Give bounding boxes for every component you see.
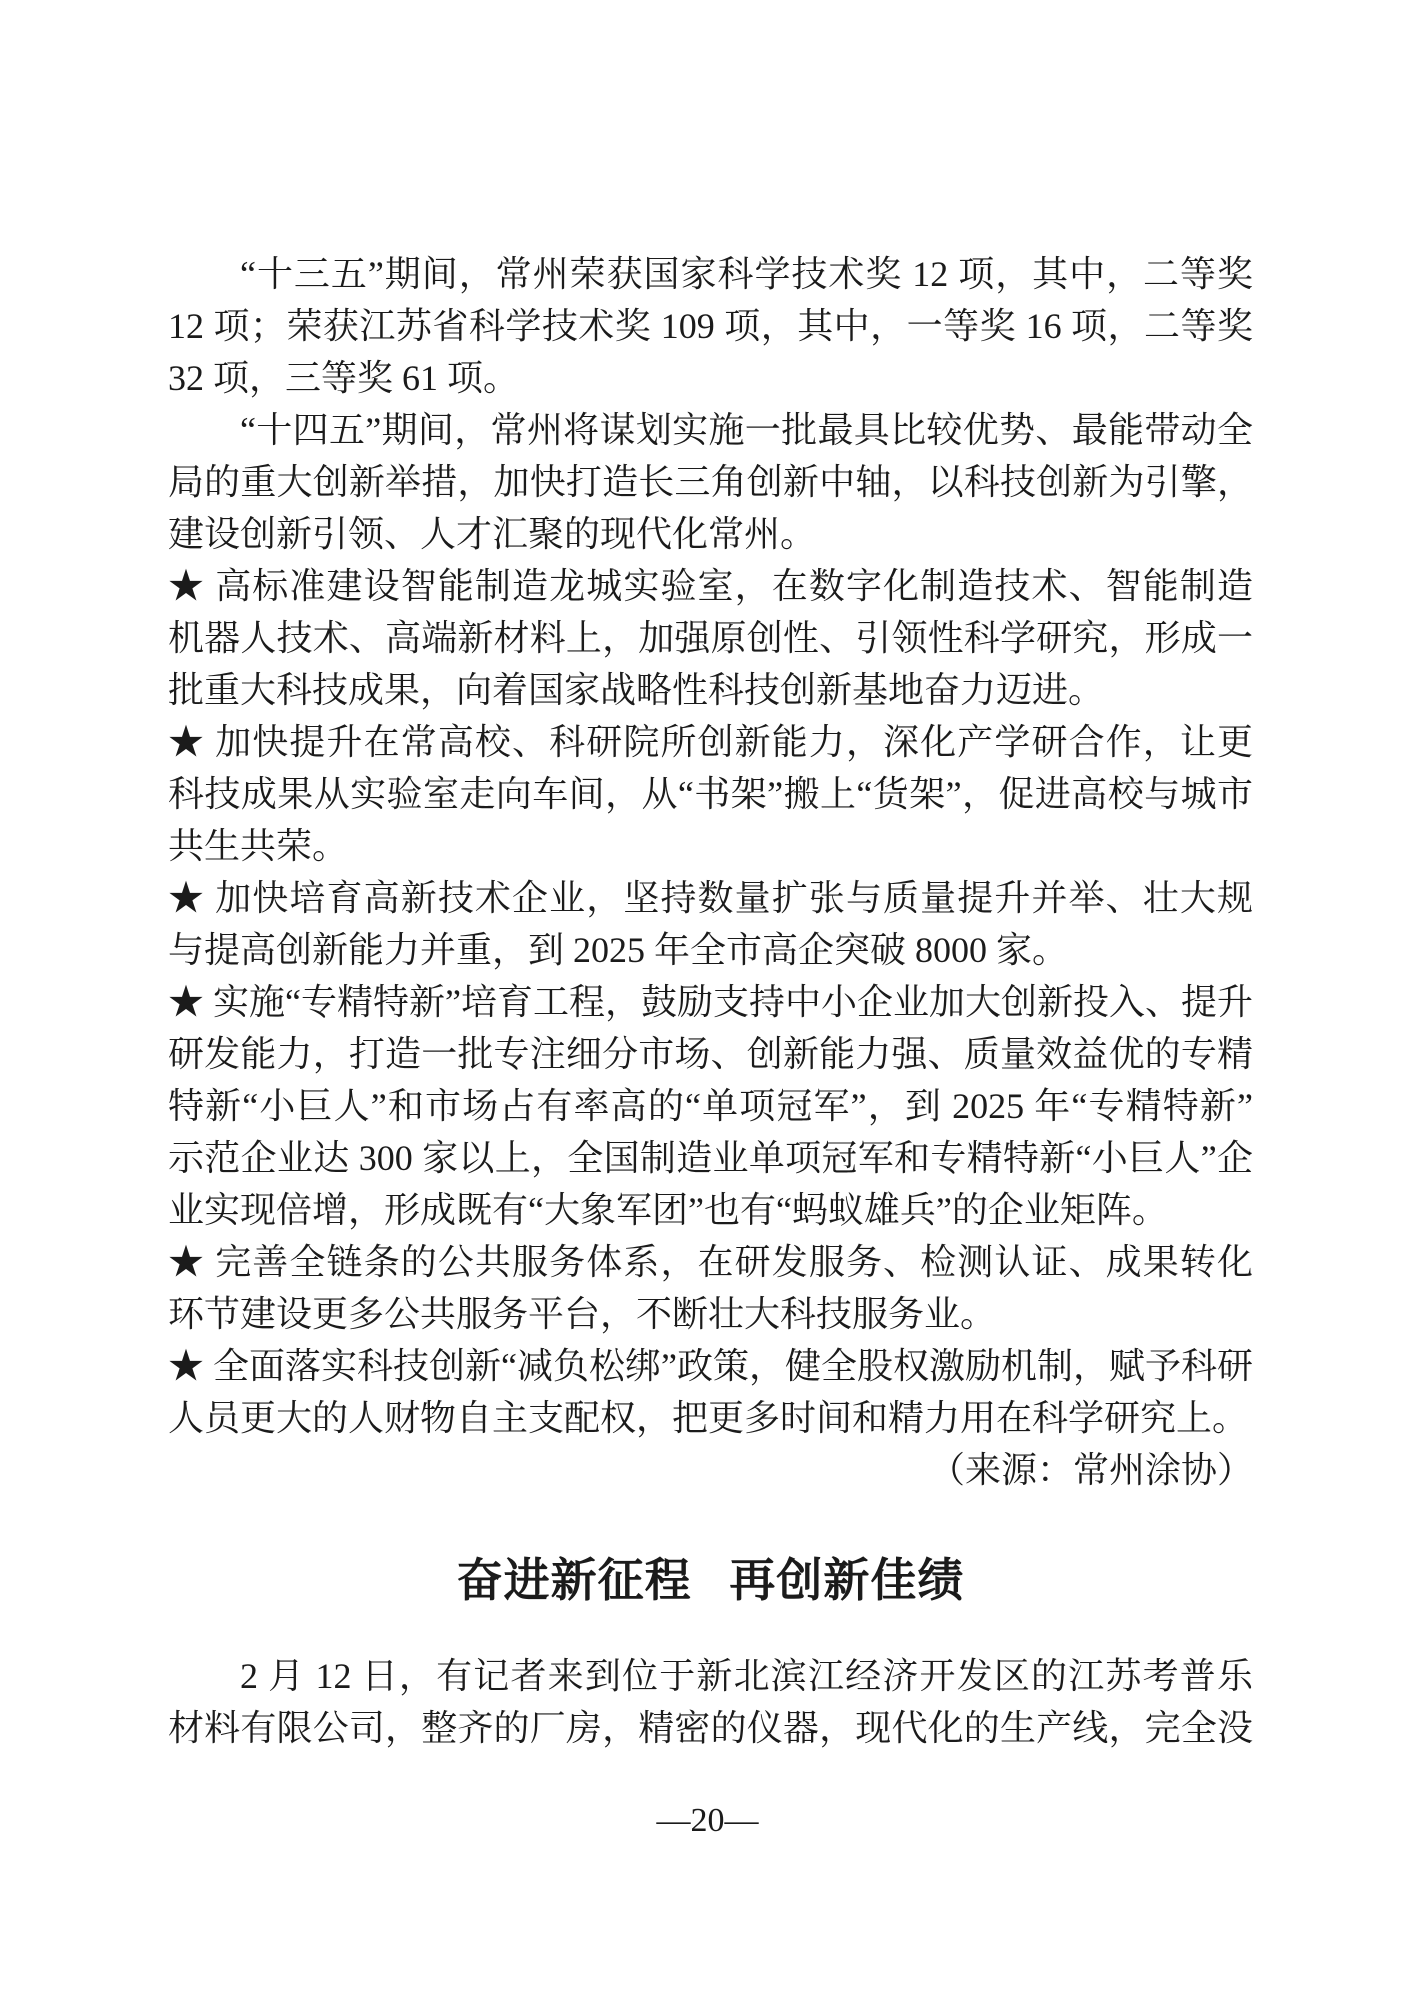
bullet-line: ★ 加快培育高新技术企业，坚持数量扩张与质量提升并举、壮大规模 [168, 872, 1253, 924]
text-line: 12 项；荣获江苏省科学技术奖 109 项，其中，一等奖 16 项，二等奖 [168, 300, 1253, 352]
text-line: 局的重大创新举措，加快打造长三角创新中轴，以科技创新为引擎， [168, 456, 1253, 508]
text-line: 研发能力，打造一批专注细分市场、创新能力强、质量效益优的专精 [168, 1028, 1253, 1080]
bullet-line: ★ 实施“专精特新”培育工程，鼓励支持中小企业加大创新投入、提升 [168, 976, 1253, 1028]
text-line: 批重大科技成果，向着国家战略性科技创新基地奋力迈进。 [168, 664, 1253, 716]
bullet-line: ★ 完善全链条的公共服务体系，在研发服务、检测认证、成果转化等 [168, 1236, 1253, 1288]
bullet-line: ★ 加快提升在常高校、科研院所创新能力，深化产学研合作，让更多 [168, 716, 1253, 768]
bullet-line: ★ 高标准建设智能制造龙城实验室，在数字化制造技术、智能制造与 [168, 560, 1253, 612]
text-line: 机器人技术、高端新材料上，加强原创性、引领性科学研究，形成一 [168, 612, 1253, 664]
page-number: —20— [0, 1795, 1415, 1847]
article-title: 奋进新征程 再创新佳绩 [168, 1552, 1253, 1610]
text-line: 业实现倍增，形成既有“大象军团”也有“蚂蚁雄兵”的企业矩阵。 [168, 1184, 1253, 1236]
article-1: “十三五”期间，常州荣获国家科学技术奖 12 项，其中，二等奖 12 项；荣获江… [168, 248, 1253, 1496]
text-line: 建设创新引领、人才汇聚的现代化常州。 [168, 508, 1253, 560]
text-line: 共生共荣。 [168, 820, 1253, 872]
text-line: 示范企业达 300 家以上，全国制造业单项冠军和专精特新“小巨人”企 [168, 1132, 1253, 1184]
document-page: “十三五”期间，常州荣获国家科学技术奖 12 项，其中，二等奖 12 项；荣获江… [0, 0, 1415, 2000]
text-line: 人员更大的人财物自主支配权，把更多时间和精力用在科学研究上。 [168, 1392, 1253, 1444]
text-line: 环节建设更多公共服务平台，不断壮大科技服务业。 [168, 1288, 1253, 1340]
text-line: “十三五”期间，常州荣获国家科学技术奖 12 项，其中，二等奖 [168, 248, 1253, 300]
text-line: 与提高创新能力并重，到 2025 年全市高企突破 8000 家。 [168, 924, 1253, 976]
text-line: 特新“小巨人”和市场占有率高的“单项冠军”，到 2025 年“专精特新” [168, 1080, 1253, 1132]
text-line: 材料有限公司，整齐的厂房，精密的仪器，现代化的生产线，完全没 [168, 1702, 1253, 1754]
article-2: 奋进新征程 再创新佳绩 2 月 12 日，有记者来到位于新北滨江经济开发区的江苏… [168, 1552, 1253, 1754]
text-line: 科技成果从实验室走向车间，从“书架”搬上“货架”，促进高校与城市 [168, 768, 1253, 820]
text-line: 2 月 12 日，有记者来到位于新北滨江经济开发区的江苏考普乐新 [168, 1650, 1253, 1702]
text-line: 32 项，三等奖 61 项。 [168, 352, 1253, 404]
text-line: “十四五”期间，常州将谋划实施一批最具比较优势、最能带动全 [168, 404, 1253, 456]
bullet-line: ★ 全面落实科技创新“减负松绑”政策，健全股权激励机制，赋予科研 [168, 1340, 1253, 1392]
page-content: “十三五”期间，常州荣获国家科学技术奖 12 项，其中，二等奖 12 项；荣获江… [168, 248, 1253, 1754]
source-attribution: （来源：常州涂协） [168, 1444, 1253, 1496]
